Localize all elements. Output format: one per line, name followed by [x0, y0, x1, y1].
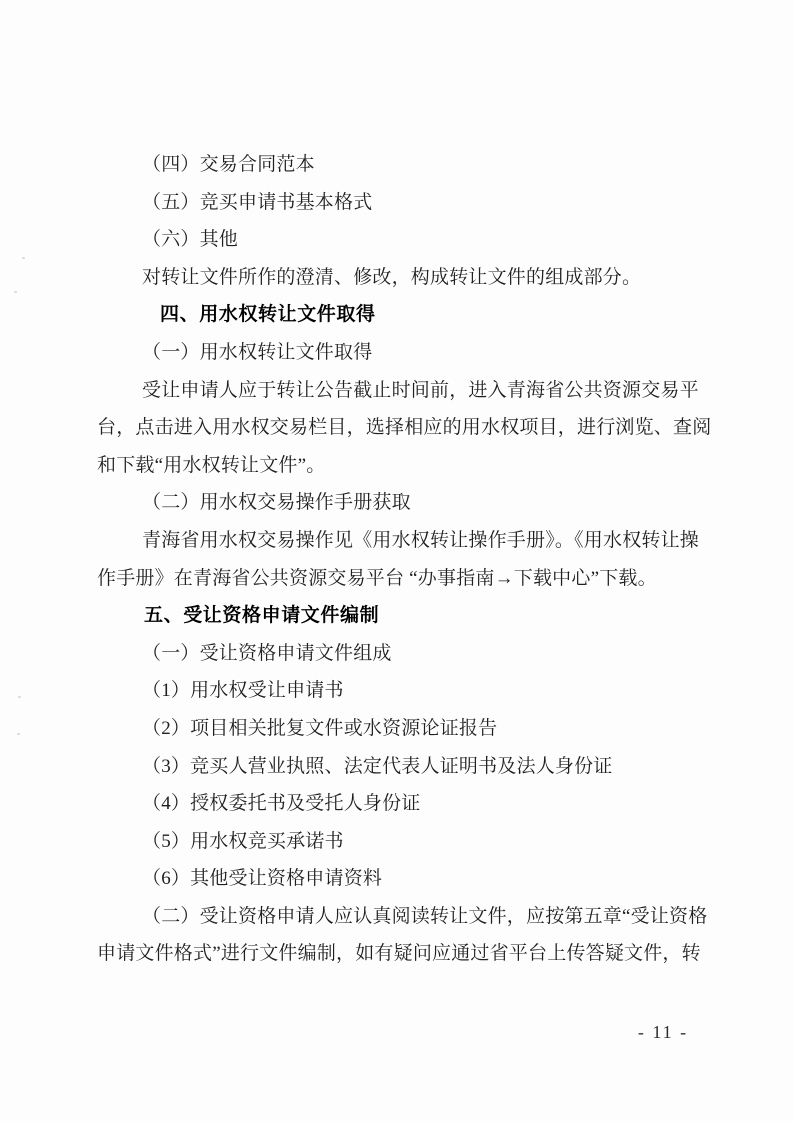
list-item: （二）用水权交易操作手册获取	[97, 484, 712, 522]
list-item: （4）授权委托书及受托人身份证	[97, 785, 712, 823]
scan-speck	[18, 696, 21, 698]
scan-speck	[14, 291, 17, 293]
list-item: （一）用水权转让文件取得	[97, 334, 712, 372]
list-item: （5）用水权竞买承诺书	[97, 823, 712, 861]
paragraph-line: 申请文件格式”进行文件编制，如有疑问应通过省平台上传答疑文件，转	[97, 935, 712, 973]
list-item: （6）其他受让资格申请资料	[97, 860, 712, 898]
document-body: （四）交易合同范本 （五）竞买申请书基本格式 （六）其他 对转让文件所作的澄清、…	[97, 146, 712, 973]
paragraph-line: （二）受让资格申请人应认真阅读转让文件，应按第五章“受让资格	[97, 898, 712, 936]
paragraph-line: 台，点击进入用水权交易栏目，选择相应的用水权项目，进行浏览、查阅	[97, 409, 712, 447]
paragraph-line: 青海省用水权交易操作见《用水权转让操作手册》。《用水权转让操	[97, 522, 712, 560]
scan-speck	[22, 257, 25, 259]
paragraph-line: 作手册》在青海省公共资源交易平台 “办事指南→下载中心”下载。	[97, 560, 712, 598]
page-number: - 11 -	[628, 1022, 698, 1043]
scan-speck	[17, 733, 20, 735]
list-item: （1）用水权受让申请书	[97, 672, 712, 710]
paragraph-line: 和下载“用水权转让文件”。	[97, 447, 712, 485]
list-item: （2）项目相关批复文件或水资源论证报告	[97, 710, 712, 748]
list-item: （3）竞买人营业执照、法定代表人证明书及法人身份证	[97, 748, 712, 786]
paragraph-line: 受让申请人应于转让公告截止时间前，进入青海省公共资源交易平	[97, 372, 712, 410]
section-heading: 四、用水权转让文件取得	[97, 296, 712, 334]
list-item: （一）受让资格申请文件组成	[97, 635, 712, 673]
list-item: （四）交易合同范本	[97, 146, 712, 184]
paragraph-line: 对转让文件所作的澄清、修改，构成转让文件的组成部分。	[97, 259, 712, 297]
list-item: （六）其他	[97, 221, 712, 259]
document-page: （四）交易合同范本 （五）竞买申请书基本格式 （六）其他 对转让文件所作的澄清、…	[0, 0, 793, 1121]
section-heading: 五、受让资格申请文件编制	[97, 597, 712, 635]
list-item: （五）竞买申请书基本格式	[97, 184, 712, 222]
